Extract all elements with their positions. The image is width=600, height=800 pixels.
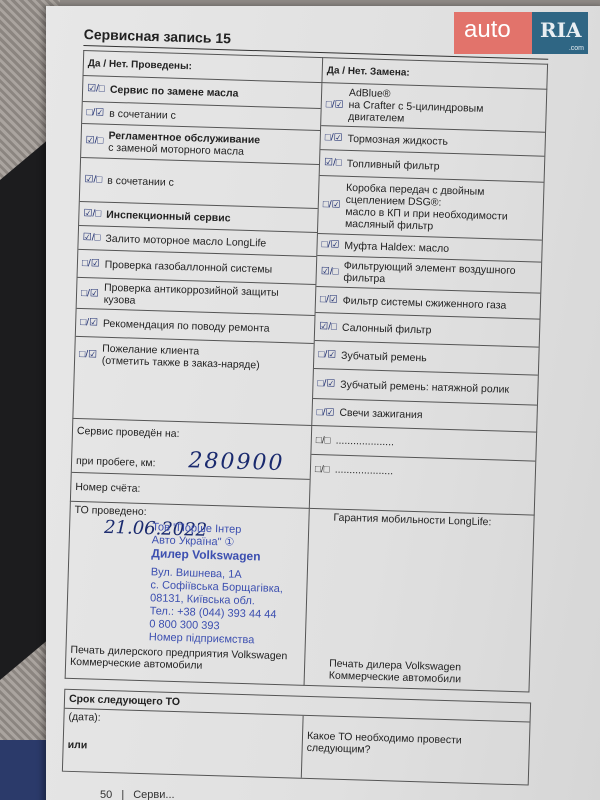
yes-no-checkbox[interactable]: □/☑ [81,288,99,300]
replaced-row: □/☑AdBlue®на Crafter с 5-цилиндровым дви… [321,83,546,133]
watermark-ria: RIA .com [532,12,588,54]
yes-no-checkbox[interactable]: □/□ [315,464,330,475]
yes-no-checkbox[interactable]: ☑/□ [83,232,101,244]
yes-no-checkbox[interactable]: ☑/□ [85,135,103,147]
replaced-label: .................... [335,464,394,478]
dealer-stamp-label: Печать дилерского предприятия Volkswagen… [70,644,301,675]
service-record: Сервисная запись 15 Да / Нет. Проведены:… [62,26,554,786]
mileage-value: 280900 [188,448,285,476]
yes-no-checkbox[interactable]: ☑/□ [321,266,339,278]
yes-no-checkbox[interactable]: □/☑ [323,199,341,211]
yes-no-checkbox[interactable]: □/☑ [86,107,104,119]
performed-label: Проверка газобаллонной системы [105,258,273,275]
yes-no-checkbox[interactable]: □/☑ [325,132,343,144]
replaced-label: Зубчатый ремень [341,349,427,364]
yes-no-checkbox[interactable]: □/☑ [321,239,339,251]
performed-row: □/☑Пожелание клиента(отметить также в за… [75,337,314,378]
yes-no-checkbox[interactable]: □/☑ [316,407,334,419]
extra-rows: □/□....................□/□..............… [309,425,536,515]
page-number: 50 [100,789,112,800]
yes-no-checkbox[interactable]: □/☑ [82,258,100,270]
replaced-label: Муфта Haldex: масло [344,239,449,254]
performed-label: Инспекционный сервис [106,208,231,224]
replaced-label: Свечи зажигания [339,407,422,421]
performed-label: Залито моторное масло LongLife [105,232,266,249]
yes-no-checkbox[interactable]: □/☑ [326,99,344,111]
mobility-cell: Гарантия мобильности LongLife: Печать ди… [304,508,534,692]
performed-label: Пожелание клиента(отметить также в заказ… [102,343,261,372]
right-col: □/☑AdBlue®на Crafter с 5-цилиндровым дви… [312,83,547,433]
replaced-label: Коробка передач с двойным сцеплением DSG… [345,181,540,235]
performed-label: в сочетании с [107,174,174,188]
performed-label: Сервис по замене масла [110,83,239,99]
mileage-cell: Сервис проведён на: при пробеге, км: 280… [70,418,311,508]
next-service-box: Срок следующего ТО (дата): или Какое ТО … [62,689,531,786]
replaced-label: AdBlue®на Crafter с 5-цилиндровым двигат… [348,87,542,129]
footer-section: Серви... [133,789,174,800]
replaced-label: Фильтрующий элемент воздушного фильтра [343,260,537,290]
next-service-question: Какое ТО необходимо провести следующим? [302,716,530,785]
performed-label: Рекомендация по поводу ремонта [103,317,270,334]
yes-no-checkbox[interactable]: ☑/□ [87,83,105,95]
autoria-watermark: auto RIA .com [454,12,588,54]
replaced-label: Фильтр системы сжиженного газа [343,294,507,311]
performed-row: ☑/□в сочетании с [80,158,319,209]
or-label: или [67,739,297,758]
dealer-stamp-label-right: Печать дилера Volkswagen Коммерческие ав… [329,658,526,688]
dealer-stamp: Тов "Порше Інтер Авто Україна" ① Дилер V… [149,521,305,648]
yes-no-checkbox[interactable]: ☑/□ [324,157,342,169]
mobility-label: Гарантия мобильности LongLife: [313,511,529,529]
replaced-label: Топливный фильтр [347,157,440,172]
replaced-label: Зубчатый ремень: натяжной ролик [340,378,509,395]
replaced-row: □/□.................... [311,455,536,490]
to-done-cell: ТО проведено: 21.06.2022 Тов "Порше Інте… [65,501,309,685]
replaced-label: Тормозная жидкость [347,132,448,147]
replaced-list: □/☑AdBlue®на Crafter с 5-цилиндровым дви… [312,83,546,431]
replaced-label: .................... [335,435,394,449]
mileage-label: при пробеге, км: [76,455,156,469]
yes-no-checkbox[interactable]: □/☑ [318,349,336,361]
yes-no-checkbox[interactable]: □/☑ [80,317,98,329]
performed-label: Проверка антикоррозийной защиты кузова [104,282,312,312]
background-book-cover [0,140,48,680]
left-col: ☑/□Сервис по замене масла□/☑в сочетании … [73,75,322,425]
yes-no-checkbox[interactable]: ☑/□ [319,321,337,333]
service-table: Да / Нет. Проведены: Да / Нет. Замена: ☑… [65,50,548,693]
watermark-auto: auto [454,12,532,54]
yes-no-checkbox[interactable]: □/☑ [320,294,338,306]
page-footer: 50 | Серви... [100,789,175,800]
yes-no-checkbox[interactable]: □/☑ [317,378,335,390]
next-date-label: (дата): [68,711,298,730]
replaced-label: Салонный фильтр [342,321,432,336]
yes-no-checkbox[interactable]: □/☑ [79,349,97,361]
performed-label: в сочетании с [109,107,176,121]
replaced-row: □/☑Коробка передач с двойным сцеплением … [318,176,544,241]
yes-no-checkbox[interactable]: □/□ [316,435,331,446]
yes-no-checkbox[interactable]: ☑/□ [84,174,102,186]
performed-list: ☑/□Сервис по замене масла□/☑в сочетании … [75,76,322,378]
performed-label: Регламентное обслуживаниес заменой мотор… [108,129,260,157]
yes-no-checkbox[interactable]: ☑/□ [83,208,101,220]
